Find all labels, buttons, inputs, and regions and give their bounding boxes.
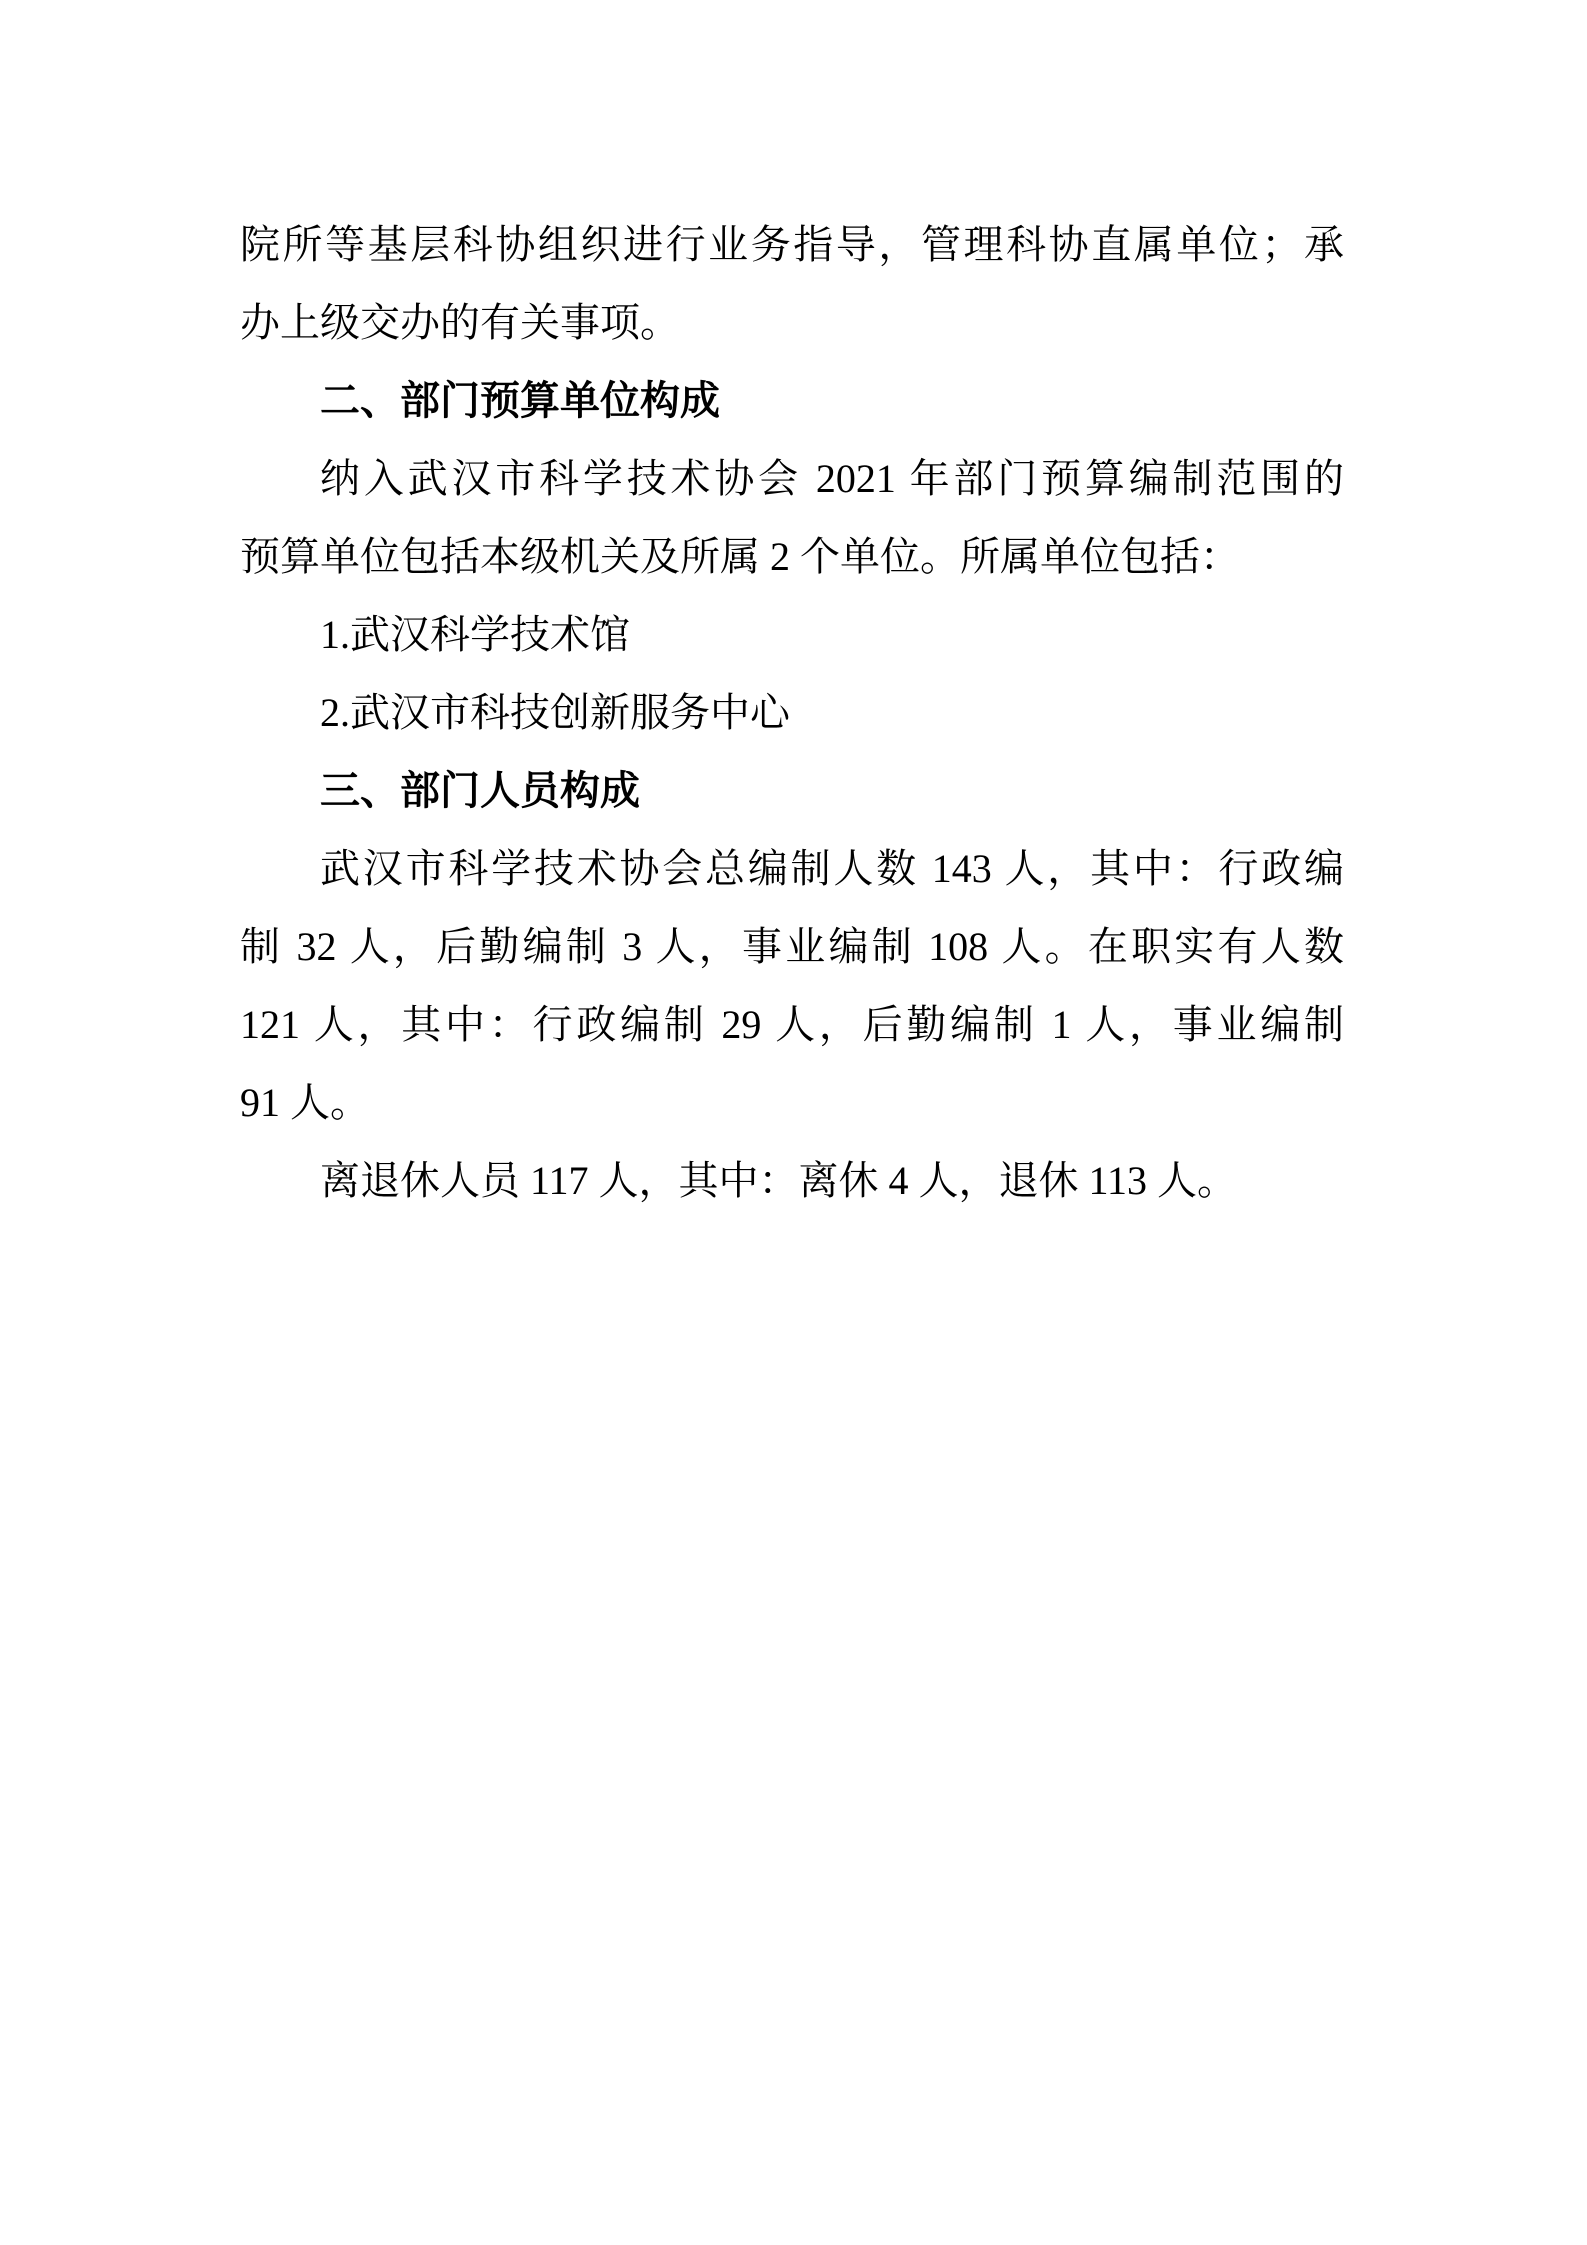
text-line: 离退休人员 117 人，其中：离休 4 人，退休 113 人。	[240, 1142, 1344, 1220]
text-line: 预算单位包括本级机关及所属 2 个单位。所属单位包括：	[240, 518, 1344, 596]
section-heading: 三、部门人员构成	[240, 752, 1344, 830]
text-line: 办上级交办的有关事项。	[240, 284, 1344, 362]
text-line: 纳入武汉市科学技术协会 2021 年部门预算编制范围的	[240, 440, 1344, 518]
text-line: 制 32 人，后勤编制 3 人，事业编制 108 人。在职实有人数	[240, 908, 1344, 986]
text-line: 院所等基层科协组织进行业务指导，管理科协直属单位；承	[240, 206, 1344, 284]
text-line: 2.武汉市科技创新服务中心	[240, 674, 1344, 752]
text-line: 121 人，其中：行政编制 29 人，后勤编制 1 人，事业编制	[240, 986, 1344, 1064]
text-line: 1.武汉科学技术馆	[240, 596, 1344, 674]
text-line: 武汉市科学技术协会总编制人数 143 人，其中：行政编	[240, 830, 1344, 908]
text-line: 91 人。	[240, 1064, 1344, 1142]
section-heading: 二、部门预算单位构成	[240, 362, 1344, 440]
document-page: 院所等基层科协组织进行业务指导，管理科协直属单位；承办上级交办的有关事项。二、部…	[0, 0, 1587, 2245]
document-content: 院所等基层科协组织进行业务指导，管理科协直属单位；承办上级交办的有关事项。二、部…	[240, 206, 1344, 1220]
